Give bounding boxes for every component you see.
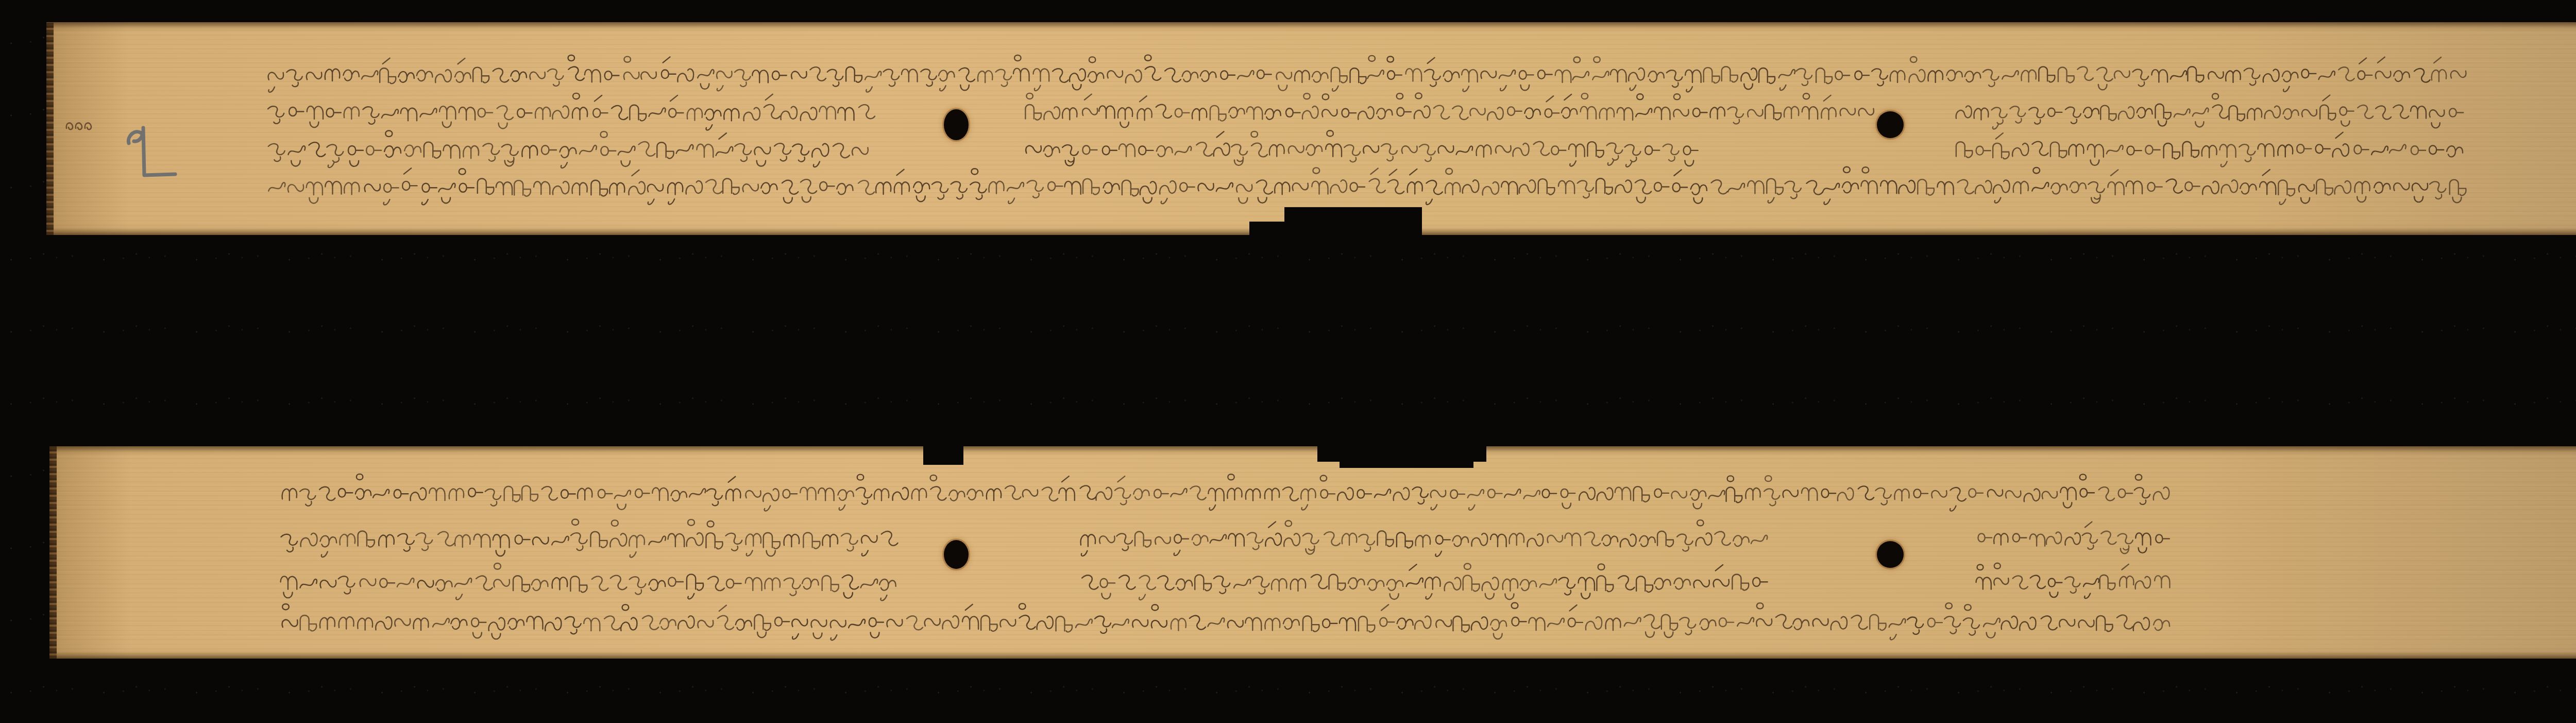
damage-notch (1249, 222, 1291, 235)
script-line-4-segment-1 (278, 597, 2169, 643)
leaf-left-edge (49, 446, 57, 659)
script-line-2-segment-1 (278, 513, 896, 560)
script-line-3-segment-3 (1973, 557, 2169, 603)
damage-notch (1284, 207, 1422, 235)
script-line-4-segment-1 (265, 161, 2465, 207)
script-line-2-segment-2 (1077, 513, 1767, 560)
script-line-3-segment-2 (1077, 557, 1767, 603)
leaf-left-edge (46, 22, 54, 235)
pencil-annotation-icon (124, 124, 178, 185)
string-hole-icon (1877, 111, 1904, 138)
damage-notch (923, 446, 963, 465)
string-hole-icon (944, 109, 969, 140)
script-line-3-segment-1 (278, 557, 896, 603)
script-line-2-segment-3 (1973, 513, 2169, 560)
manuscript-photo (0, 0, 2576, 723)
leaf-number (64, 116, 100, 138)
string-hole-icon (1877, 541, 1904, 568)
damage-notch (1340, 446, 1473, 468)
script-line-1-segment-1 (278, 468, 2169, 514)
string-hole-icon (944, 540, 969, 569)
